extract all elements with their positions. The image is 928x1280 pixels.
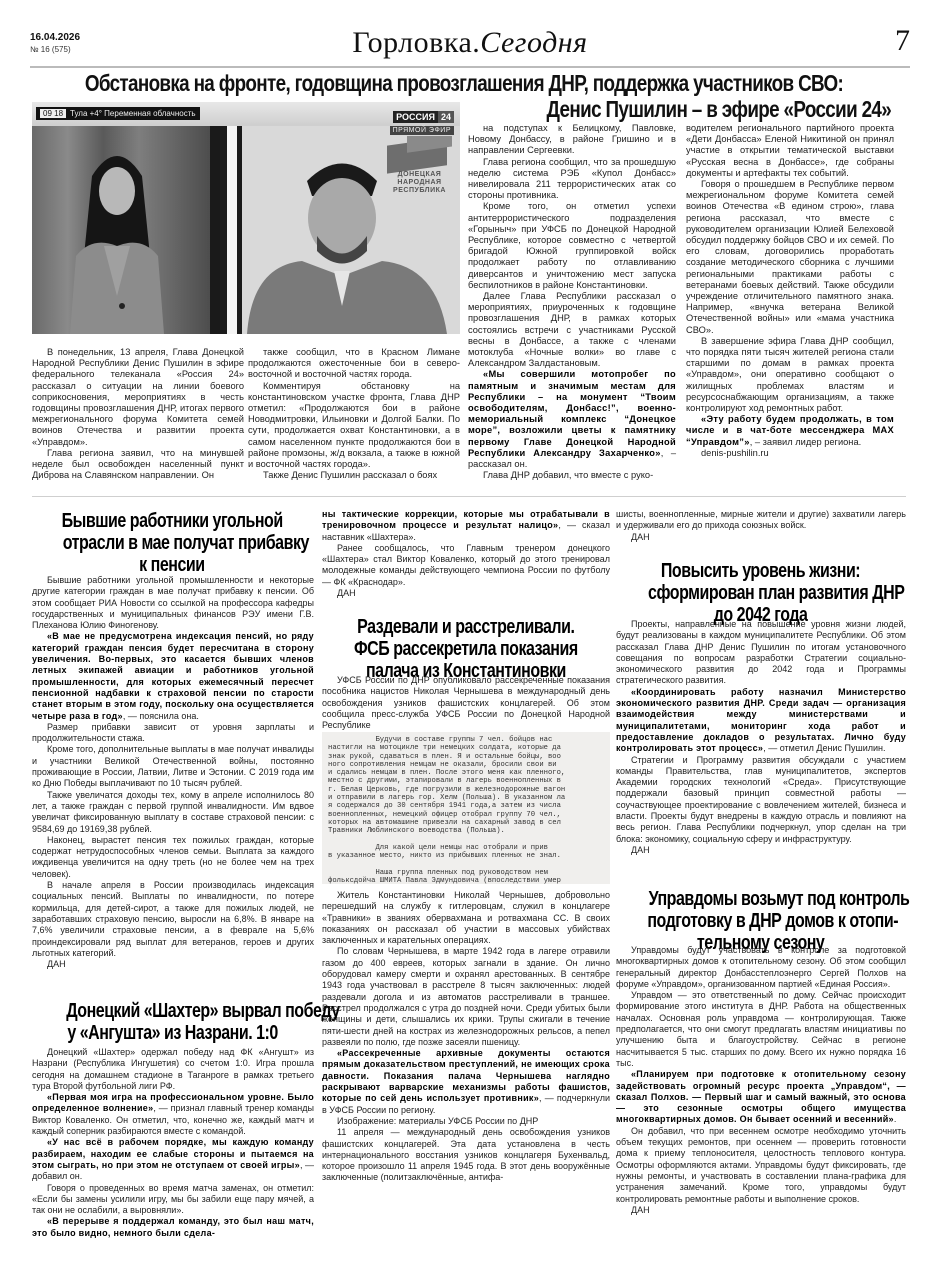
article-paragraph: Говоря о проведенных во время матча заме…: [32, 1183, 314, 1217]
article-paragraph: Глава ДНР добавил, что вместе с руко-: [468, 470, 676, 481]
lead-photo: 09 18Тула +4° Переменная облачность ДОНЕ…: [32, 102, 460, 334]
article-paragraph: «Рассекреченные архивные документы остаю…: [322, 1048, 610, 1116]
lead-article-col3: на подступах к Белицкому, Павловке, Ново…: [468, 123, 676, 482]
article-paragraph: Комментируя обстановку на константиновск…: [248, 381, 460, 471]
news-anchor-figure: [62, 136, 172, 334]
article-paragraph: также сообщил, что в Красном Лимане прод…: [248, 347, 460, 381]
article-paragraph: Проекты, направленные на повышение уровн…: [616, 619, 906, 687]
article-paragraph: Также Денис Пушилин рассказал о боях: [248, 470, 460, 481]
article-paragraph: По словам Чернышева, в марте 1942 года в…: [322, 946, 610, 1048]
dnr-backdrop-logo: ДОНЕЦКАЯ НАРОДНАЯ РЕСПУБЛИКА: [387, 171, 452, 195]
quote-bold: «В перерыве я поддержал команду, это был…: [32, 1216, 314, 1237]
channel-name: РОССИЯ: [393, 111, 438, 123]
strategy-article-body: Проекты, направленные на повышение уровн…: [616, 619, 906, 856]
quote-bold: «Мы совершили мотопробег по памятным и з…: [468, 369, 676, 457]
article-paragraph: Наконец, вырастет пенсия тех пожилых гра…: [32, 835, 314, 880]
source-credit: ДАН: [32, 959, 314, 970]
article-paragraph: «Планируем при подготовке к отопительном…: [616, 1069, 906, 1125]
masthead-divider: [30, 66, 910, 68]
strategy-headline: Повысить уровень жизни: сформирован план…: [616, 560, 906, 626]
pension-headline: Бывшие работники угольной отрасли в мае …: [32, 510, 312, 576]
source-credit: denis-pushilin.ru: [686, 448, 894, 459]
page-number: 7: [895, 24, 910, 58]
article-paragraph: «Первая моя игра на профессиональном уро…: [32, 1092, 314, 1137]
source-credit: ДАН: [616, 1205, 906, 1216]
article-paragraph: Бывшие работники угольной промышленности…: [32, 575, 314, 631]
source-credit: ДАН: [322, 588, 610, 599]
article-paragraph: шисты, военнопленные, мирные жители и др…: [616, 509, 906, 532]
channel-number: 24: [438, 111, 454, 123]
article-paragraph: В понедельник, 13 апреля, Глава Донецкой…: [32, 347, 244, 448]
article-paragraph: В начале апреля в России производилась и…: [32, 880, 314, 959]
fsb-headline: Раздевали и расстреливали. ФСБ рассекрет…: [322, 616, 610, 682]
article-paragraph: Житель Константиновки Николай Чернышев, …: [322, 890, 610, 946]
section-divider: [32, 496, 906, 497]
fsb-article-intro: УФСБ России по ДНР опубликовало рассекре…: [322, 675, 610, 731]
article-paragraph: Донецкий «Шахтер» одержал победу над ФК …: [32, 1047, 314, 1092]
quote-attribution: , — пояснила она.: [123, 711, 199, 721]
live-badge: ПРЯМОЙ ЭФИР: [390, 126, 454, 135]
article-paragraph: 11 апреля — международный день освобожде…: [322, 1127, 610, 1183]
article-paragraph: «Мы совершили мотопробег по памятным и з…: [468, 369, 676, 470]
article-paragraph: «Эту работу будем продолжать, в том числ…: [686, 414, 894, 448]
channel-logo: РОССИЯ24 ПРЯМОЙ ЭФИР: [390, 107, 454, 135]
quote-bold: «Планируем при подготовке к отопительном…: [616, 1069, 906, 1124]
article-paragraph: «В мае не предусмотрена индексация пенси…: [32, 631, 314, 721]
tv-guest-panel: ДОНЕЦКАЯ НАРОДНАЯ РЕСПУБЛИКА: [242, 126, 460, 334]
guest-figure: [242, 136, 460, 334]
tv-divider-light: [227, 126, 237, 334]
article-paragraph: ны тактические коррекции, которые мы отр…: [322, 509, 610, 543]
article-paragraph: В завершение эфира Глава ДНР сообщил, чт…: [686, 336, 894, 414]
tv-ticker-time: 09 18: [40, 109, 66, 118]
football-article-body: Донецкий «Шахтер» одержал победу над ФК …: [32, 1047, 314, 1239]
fsb-article-body: Житель Константиновки Николай Чернышев, …: [322, 890, 610, 1184]
upravdom-article-body: Управдомы будут участвовать в контроле з…: [616, 945, 906, 1216]
football-article-continued: ны тактические коррекции, которые мы отр…: [322, 509, 610, 599]
article-paragraph: Ранее сообщалось, что Главным тренером д…: [322, 543, 610, 588]
article-paragraph: Изображение: материалы УФСБ России по ДН…: [322, 1116, 610, 1127]
article-paragraph: Кроме того, дополнительные выплаты в мае…: [32, 744, 314, 789]
article-paragraph: Также увеличатся доходы тех, кому в апре…: [32, 790, 314, 835]
article-paragraph: «В перерыве я поддержал команду, это был…: [32, 1216, 314, 1239]
article-paragraph: Говоря о прошедшем в Республике первом м…: [686, 179, 894, 336]
archive-document-image: Будучи в составе группы 7 чел. бойцов на…: [322, 732, 610, 884]
source-credit: ДАН: [616, 532, 906, 543]
pension-article-body: Бывшие работники угольной промышленности…: [32, 575, 314, 970]
article-paragraph: Управдомы будут участвовать в контроле з…: [616, 945, 906, 990]
tv-anchor-panel: [32, 126, 210, 334]
quote-bold: «В мае не предусмотрена индексация пенси…: [32, 631, 314, 720]
article-paragraph: Глава региона сообщил, что за прошедшую …: [468, 157, 676, 202]
article-paragraph: Глава региона заявил, что на минувшей не…: [32, 448, 244, 482]
lead-headline-line1: Обстановка на фронте, годовщина провозгл…: [84, 70, 845, 96]
article-paragraph: на подступах к Белицкому, Павловке, Ново…: [468, 123, 676, 157]
article-paragraph: Стратегии и Программу развития обсуждали…: [616, 755, 906, 845]
quote-attribution: , – заявил лидер региона.: [750, 437, 861, 447]
newspaper-title: Горловка.Сегодня: [30, 26, 910, 60]
lead-article-col4: водителем регионального партийного проек…: [686, 123, 894, 459]
fsb-article-continued: шисты, военнопленные, мирные жители и др…: [616, 509, 906, 543]
tv-ticker: 09 18Тула +4° Переменная облачность: [36, 107, 200, 120]
article-paragraph: Он добавил, что при весеннем осмотре нео…: [616, 1126, 906, 1205]
tv-divider: [210, 126, 242, 334]
article-paragraph: Далее Глава Республики рассказал о мероп…: [468, 291, 676, 369]
article-paragraph: Кроме того, он отметил успехи антитеррор…: [468, 201, 676, 291]
masthead: 16.04.2026 № 16 (575) Горловка.Сегодня 7: [30, 28, 910, 68]
article-paragraph: «У нас всё в рабочем порядке, мы каждую …: [32, 1137, 314, 1182]
quote-attribution: .: [894, 1114, 897, 1124]
lead-article-col1: В понедельник, 13 апреля, Глава Донецкой…: [32, 347, 244, 481]
quote-attribution: , — отметил Денис Пушилин.: [763, 743, 885, 753]
quote-bold: «У нас всё в рабочем порядке, мы каждую …: [32, 1137, 314, 1170]
article-paragraph: «Координировать работу назначил Министер…: [616, 687, 906, 755]
article-paragraph: Управдом — это ответственный по дому. Се…: [616, 990, 906, 1069]
source-credit: ДАН: [616, 845, 906, 856]
newspaper-title-italic: Сегодня: [480, 26, 587, 59]
tv-ticker-text: Тула +4° Переменная облачность: [70, 109, 196, 118]
newspaper-title-main: Горловка.: [352, 26, 480, 59]
article-paragraph: водителем регионального партийного проек…: [686, 123, 894, 179]
article-paragraph: Размер прибавки зависит от уровня зарпла…: [32, 722, 314, 745]
football-headline: Донецкий «Шахтер» вырвал победу у «Ангуш…: [32, 1000, 314, 1044]
lead-article-col2: также сообщил, что в Красном Лимане прод…: [248, 347, 460, 481]
